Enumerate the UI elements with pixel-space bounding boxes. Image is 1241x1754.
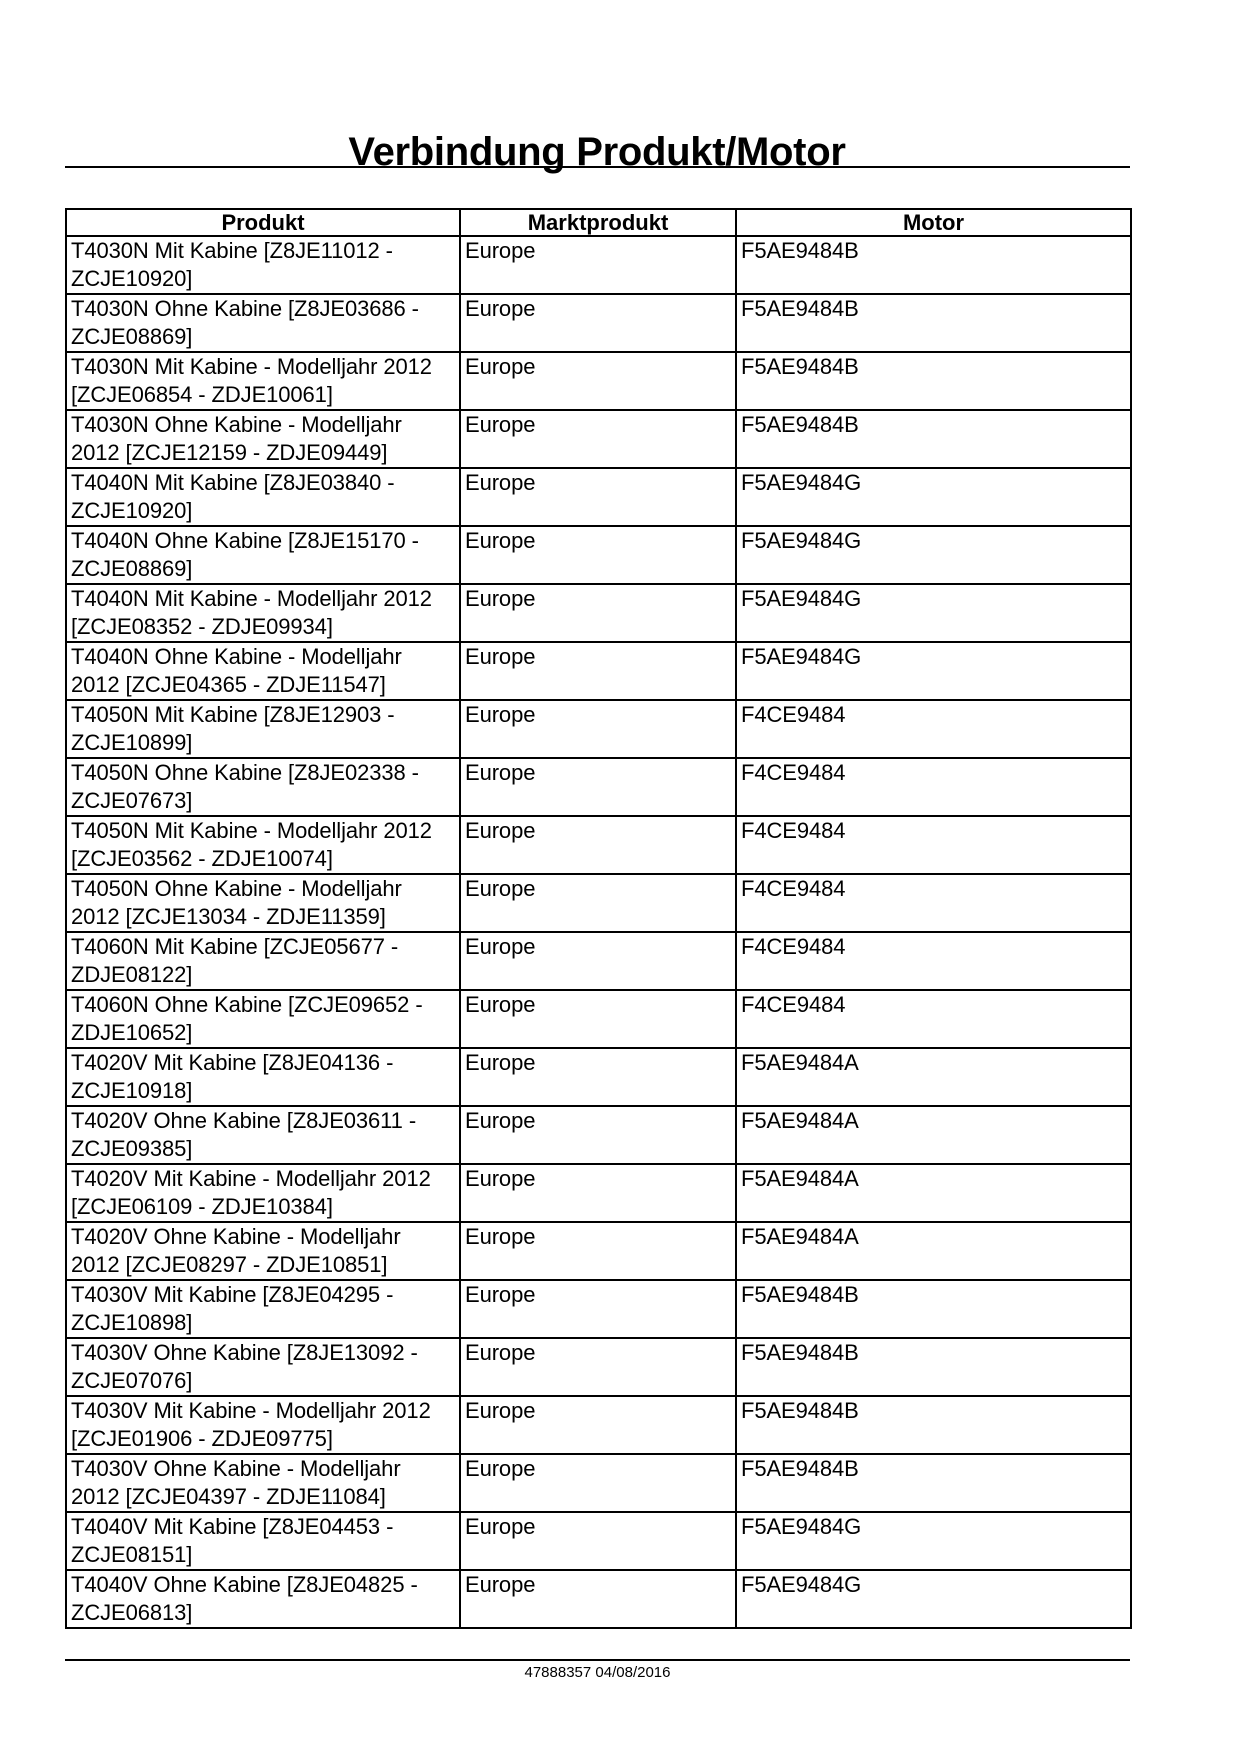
- cell-product: T4040N Ohne Kabine [Z8JE15170 - ZCJE0886…: [66, 526, 460, 584]
- cell-market: Europe: [460, 1222, 736, 1280]
- footer-doc-id-date: 47888357 04/08/2016: [65, 1664, 1130, 1682]
- cell-market: Europe: [460, 816, 736, 874]
- table-row: T4030V Mit Kabine [Z8JE04295 - ZCJE10898…: [66, 1280, 1131, 1338]
- cell-market: Europe: [460, 1106, 736, 1164]
- cell-engine: F5AE9484A: [736, 1164, 1131, 1222]
- table-row: T4020V Ohne Kabine - Modelljahr 2012 [ZC…: [66, 1222, 1131, 1280]
- cell-engine: F5AE9484A: [736, 1048, 1131, 1106]
- cell-product: T4020V Ohne Kabine [Z8JE03611 - ZCJE0938…: [66, 1106, 460, 1164]
- cell-product: T4030N Mit Kabine [Z8JE11012 - ZCJE10920…: [66, 236, 460, 294]
- cell-product: T4050N Ohne Kabine - Modelljahr 2012 [ZC…: [66, 874, 460, 932]
- cell-engine: F5AE9484B: [736, 1280, 1131, 1338]
- column-header-product: Produkt: [66, 209, 460, 236]
- cell-market: Europe: [460, 1338, 736, 1396]
- table-row: T4030N Mit Kabine - Modelljahr 2012 [ZCJ…: [66, 352, 1131, 410]
- cell-engine: F4CE9484: [736, 874, 1131, 932]
- cell-engine: F5AE9484G: [736, 1512, 1131, 1570]
- cell-engine: F4CE9484: [736, 758, 1131, 816]
- cell-market: Europe: [460, 468, 736, 526]
- cell-market: Europe: [460, 700, 736, 758]
- cell-product: T4030N Mit Kabine - Modelljahr 2012 [ZCJ…: [66, 352, 460, 410]
- cell-product: T4020V Ohne Kabine - Modelljahr 2012 [ZC…: [66, 1222, 460, 1280]
- cell-product: T4030N Ohne Kabine - Modelljahr 2012 [ZC…: [66, 410, 460, 468]
- cell-market: Europe: [460, 642, 736, 700]
- product-engine-table: Produkt Marktprodukt Motor T4030N Mit Ka…: [65, 208, 1132, 1629]
- cell-market: Europe: [460, 1280, 736, 1338]
- column-header-engine: Motor: [736, 209, 1131, 236]
- cell-market: Europe: [460, 1570, 736, 1628]
- cell-engine: F4CE9484: [736, 932, 1131, 990]
- cell-product: T4050N Ohne Kabine [Z8JE02338 - ZCJE0767…: [66, 758, 460, 816]
- cell-product: T4030V Ohne Kabine - Modelljahr 2012 [ZC…: [66, 1454, 460, 1512]
- footer-divider: [65, 1659, 1130, 1661]
- table-row: T4040N Mit Kabine - Modelljahr 2012 [ZCJ…: [66, 584, 1131, 642]
- cell-engine: F5AE9484G: [736, 1570, 1131, 1628]
- page-title: Verbindung Produkt/Motor: [0, 127, 1194, 177]
- cell-market: Europe: [460, 990, 736, 1048]
- cell-product: T4020V Mit Kabine [Z8JE04136 - ZCJE10918…: [66, 1048, 460, 1106]
- cell-engine: F5AE9484B: [736, 294, 1131, 352]
- cell-engine: F4CE9484: [736, 700, 1131, 758]
- cell-engine: F5AE9484A: [736, 1222, 1131, 1280]
- cell-product: T4040N Ohne Kabine - Modelljahr 2012 [ZC…: [66, 642, 460, 700]
- table-row: T4040V Mit Kabine [Z8JE04453 - ZCJE08151…: [66, 1512, 1131, 1570]
- cell-product: T4040V Ohne Kabine [Z8JE04825 - ZCJE0681…: [66, 1570, 460, 1628]
- column-header-market: Marktprodukt: [460, 209, 736, 236]
- table-row: T4030N Ohne Kabine - Modelljahr 2012 [ZC…: [66, 410, 1131, 468]
- table-row: T4030V Ohne Kabine - Modelljahr 2012 [ZC…: [66, 1454, 1131, 1512]
- cell-engine: F5AE9484B: [736, 410, 1131, 468]
- cell-product: T4030V Mit Kabine - Modelljahr 2012 [ZCJ…: [66, 1396, 460, 1454]
- cell-engine: F5AE9484B: [736, 352, 1131, 410]
- cell-engine: F5AE9484B: [736, 1454, 1131, 1512]
- table-row: T4050N Ohne Kabine - Modelljahr 2012 [ZC…: [66, 874, 1131, 932]
- cell-market: Europe: [460, 584, 736, 642]
- table-row: T4040N Mit Kabine [Z8JE03840 - ZCJE10920…: [66, 468, 1131, 526]
- cell-engine: F5AE9484B: [736, 1396, 1131, 1454]
- cell-engine: F4CE9484: [736, 990, 1131, 1048]
- table-row: T4040N Ohne Kabine - Modelljahr 2012 [ZC…: [66, 642, 1131, 700]
- cell-market: Europe: [460, 1512, 736, 1570]
- cell-market: Europe: [460, 1454, 736, 1512]
- cell-market: Europe: [460, 1396, 736, 1454]
- cell-market: Europe: [460, 758, 736, 816]
- cell-product: T4030V Mit Kabine [Z8JE04295 - ZCJE10898…: [66, 1280, 460, 1338]
- cell-product: T4050N Mit Kabine - Modelljahr 2012 [ZCJ…: [66, 816, 460, 874]
- cell-market: Europe: [460, 236, 736, 294]
- cell-market: Europe: [460, 294, 736, 352]
- cell-market: Europe: [460, 1048, 736, 1106]
- cell-market: Europe: [460, 410, 736, 468]
- table-row: T4060N Ohne Kabine [ZCJE09652 - ZDJE1065…: [66, 990, 1131, 1048]
- table-row: T4030N Ohne Kabine [Z8JE03686 - ZCJE0886…: [66, 294, 1131, 352]
- table-row: T4050N Mit Kabine [Z8JE12903 - ZCJE10899…: [66, 700, 1131, 758]
- table-row: T4040N Ohne Kabine [Z8JE15170 - ZCJE0886…: [66, 526, 1131, 584]
- table-row: T4020V Mit Kabine [Z8JE04136 - ZCJE10918…: [66, 1048, 1131, 1106]
- table-row: T4020V Ohne Kabine [Z8JE03611 - ZCJE0938…: [66, 1106, 1131, 1164]
- cell-product: T4060N Mit Kabine [ZCJE05677 - ZDJE08122…: [66, 932, 460, 990]
- cell-engine: F5AE9484B: [736, 1338, 1131, 1396]
- cell-product: T4040N Mit Kabine - Modelljahr 2012 [ZCJ…: [66, 584, 460, 642]
- cell-market: Europe: [460, 874, 736, 932]
- cell-product: T4040N Mit Kabine [Z8JE03840 - ZCJE10920…: [66, 468, 460, 526]
- title-divider: [65, 166, 1130, 168]
- cell-engine: F5AE9484G: [736, 526, 1131, 584]
- cell-engine: F5AE9484G: [736, 584, 1131, 642]
- cell-engine: F5AE9484G: [736, 642, 1131, 700]
- table-row: T4020V Mit Kabine - Modelljahr 2012 [ZCJ…: [66, 1164, 1131, 1222]
- cell-engine: F4CE9484: [736, 816, 1131, 874]
- cell-product: T4050N Mit Kabine [Z8JE12903 - ZCJE10899…: [66, 700, 460, 758]
- table-row: T4030N Mit Kabine [Z8JE11012 - ZCJE10920…: [66, 236, 1131, 294]
- table-row: T4040V Ohne Kabine [Z8JE04825 - ZCJE0681…: [66, 1570, 1131, 1628]
- cell-engine: F5AE9484B: [736, 236, 1131, 294]
- cell-product: T4060N Ohne Kabine [ZCJE09652 - ZDJE1065…: [66, 990, 460, 1048]
- cell-product: T4030V Ohne Kabine [Z8JE13092 - ZCJE0707…: [66, 1338, 460, 1396]
- cell-product: T4020V Mit Kabine - Modelljahr 2012 [ZCJ…: [66, 1164, 460, 1222]
- table-row: T4050N Mit Kabine - Modelljahr 2012 [ZCJ…: [66, 816, 1131, 874]
- table-header-row: Produkt Marktprodukt Motor: [66, 209, 1131, 236]
- cell-engine: F5AE9484G: [736, 468, 1131, 526]
- cell-market: Europe: [460, 526, 736, 584]
- cell-market: Europe: [460, 352, 736, 410]
- cell-product: T4030N Ohne Kabine [Z8JE03686 - ZCJE0886…: [66, 294, 460, 352]
- table-row: T4050N Ohne Kabine [Z8JE02338 - ZCJE0767…: [66, 758, 1131, 816]
- cell-product: T4040V Mit Kabine [Z8JE04453 - ZCJE08151…: [66, 1512, 460, 1570]
- cell-engine: F5AE9484A: [736, 1106, 1131, 1164]
- cell-market: Europe: [460, 932, 736, 990]
- table-row: T4030V Mit Kabine - Modelljahr 2012 [ZCJ…: [66, 1396, 1131, 1454]
- cell-market: Europe: [460, 1164, 736, 1222]
- table-row: T4060N Mit Kabine [ZCJE05677 - ZDJE08122…: [66, 932, 1131, 990]
- table-row: T4030V Ohne Kabine [Z8JE13092 - ZCJE0707…: [66, 1338, 1131, 1396]
- table-body: T4030N Mit Kabine [Z8JE11012 - ZCJE10920…: [66, 236, 1131, 1628]
